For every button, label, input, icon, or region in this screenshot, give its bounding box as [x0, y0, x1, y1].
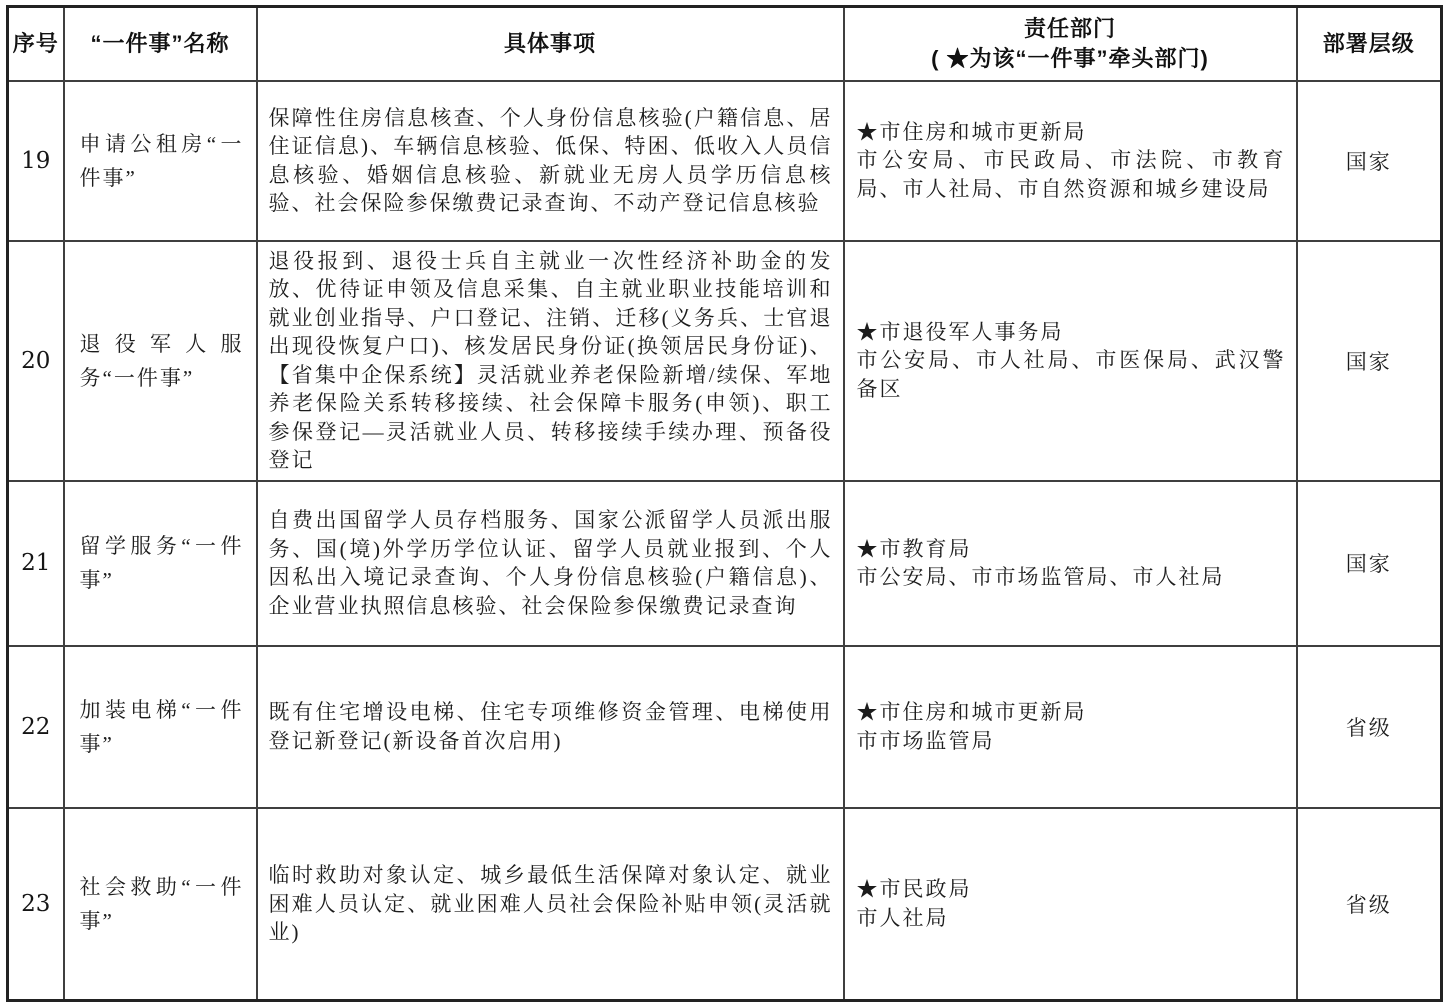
table-row: 19 申请公租房“一件事” 保障性住房信息核查、个人身份信息核验(户籍信息、居住… — [8, 81, 1442, 241]
lead-dept-line: ★市住房和城市更新局 — [857, 118, 1286, 147]
specific-items-text: 保障性住房信息核查、个人身份信息核验(户籍信息、居住证信息)、车辆信息核验、低保… — [269, 104, 833, 218]
item-name-text: 退役军人服务“一件事” — [80, 327, 244, 395]
specific-items-cell: 既有住宅增设电梯、住宅专项维修资金管理、电梯使用登记新登记(新设备首次启用) — [257, 646, 844, 808]
specific-items-text: 临时救助对象认定、城乡最低生活保障对象认定、就业困难人员认定、就业困难人员社会保… — [269, 861, 833, 947]
item-name-cell: 留学服务“一件事” — [64, 481, 257, 646]
other-depts-line: 市市场监管局 — [857, 727, 1286, 756]
serial-number-cell: 22 — [8, 646, 64, 808]
lead-dept-line: ★市教育局 — [857, 535, 1286, 564]
lead-dept-line: ★市退役军人事务局 — [857, 318, 1286, 347]
document-page: 序号 “一件事”名称 具体事项 责任部门 ( ★为该“一件事”牵头部门) 部署层… — [0, 0, 1446, 1005]
item-name-cell: 申请公租房“一件事” — [64, 81, 257, 241]
col-header-dept-note: ( ★为该“一件事”牵头部门) — [846, 44, 1295, 74]
col-header-level: 部署层级 — [1297, 7, 1442, 81]
serial-number-cell: 23 — [8, 808, 64, 1001]
col-header-dept-title: 责任部门 — [846, 14, 1295, 44]
specific-items-text: 自费出国留学人员存档服务、国家公派留学人员派出服务、国(境)外学历学位认证、留学… — [269, 506, 833, 620]
item-name-cell: 社会救助“一件事” — [64, 808, 257, 1001]
deploy-level-cell: 省级 — [1297, 646, 1442, 808]
item-name-text: 社会救助“一件事” — [80, 870, 244, 938]
deploy-level-cell: 国家 — [1297, 81, 1442, 241]
responsible-dept-cell: ★市退役军人事务局 市公安局、市人社局、市医保局、武汉警备区 — [844, 241, 1297, 481]
serial-number-cell: 19 — [8, 81, 64, 241]
other-depts-line: 市人社局 — [857, 904, 1286, 933]
specific-items-cell: 自费出国留学人员存档服务、国家公派留学人员派出服务、国(境)外学历学位认证、留学… — [257, 481, 844, 646]
item-name-text: 申请公租房“一件事” — [80, 127, 244, 195]
col-header-dept: 责任部门 ( ★为该“一件事”牵头部门) — [844, 7, 1297, 81]
specific-items-text: 既有住宅增设电梯、住宅专项维修资金管理、电梯使用登记新登记(新设备首次启用) — [269, 698, 833, 755]
col-header-serial: 序号 — [8, 7, 64, 81]
serial-number-cell: 20 — [8, 241, 64, 481]
responsible-dept-cell: ★市民政局 市人社局 — [844, 808, 1297, 1001]
responsible-dept-cell: ★市教育局 市公安局、市市场监管局、市人社局 — [844, 481, 1297, 646]
table-row: 22 加装电梯“一件事” 既有住宅增设电梯、住宅专项维修资金管理、电梯使用登记新… — [8, 646, 1442, 808]
col-header-items: 具体事项 — [257, 7, 844, 81]
one-thing-services-table: 序号 “一件事”名称 具体事项 责任部门 ( ★为该“一件事”牵头部门) 部署层… — [6, 5, 1443, 1002]
specific-items-cell: 临时救助对象认定、城乡最低生活保障对象认定、就业困难人员认定、就业困难人员社会保… — [257, 808, 844, 1001]
table-row: 23 社会救助“一件事” 临时救助对象认定、城乡最低生活保障对象认定、就业困难人… — [8, 808, 1442, 1001]
table-row: 20 退役军人服务“一件事” 退役报到、退役士兵自主就业一次性经济补助金的发放、… — [8, 241, 1442, 481]
item-name-cell: 退役军人服务“一件事” — [64, 241, 257, 481]
lead-dept-line: ★市民政局 — [857, 875, 1286, 904]
other-depts-line: 市公安局、市市场监管局、市人社局 — [857, 563, 1286, 592]
other-depts-line: 市公安局、市民政局、市法院、市教育局、市人社局、市自然资源和城乡建设局 — [857, 146, 1286, 203]
header-row: 序号 “一件事”名称 具体事项 责任部门 ( ★为该“一件事”牵头部门) 部署层… — [8, 7, 1442, 81]
specific-items-text: 退役报到、退役士兵自主就业一次性经济补助金的发放、优待证申领及信息采集、自主就业… — [269, 247, 833, 475]
specific-items-cell: 保障性住房信息核查、个人身份信息核验(户籍信息、居住证信息)、车辆信息核验、低保… — [257, 81, 844, 241]
col-header-name: “一件事”名称 — [64, 7, 257, 81]
serial-number-cell: 21 — [8, 481, 64, 646]
item-name-cell: 加装电梯“一件事” — [64, 646, 257, 808]
deploy-level-cell: 国家 — [1297, 481, 1442, 646]
responsible-dept-cell: ★市住房和城市更新局 市公安局、市民政局、市法院、市教育局、市人社局、市自然资源… — [844, 81, 1297, 241]
lead-dept-line: ★市住房和城市更新局 — [857, 698, 1286, 727]
responsible-dept-cell: ★市住房和城市更新局 市市场监管局 — [844, 646, 1297, 808]
deploy-level-cell: 省级 — [1297, 808, 1442, 1001]
deploy-level-cell: 国家 — [1297, 241, 1442, 481]
item-name-text: 留学服务“一件事” — [80, 529, 244, 597]
other-depts-line: 市公安局、市人社局、市医保局、武汉警备区 — [857, 346, 1286, 403]
specific-items-cell: 退役报到、退役士兵自主就业一次性经济补助金的发放、优待证申领及信息采集、自主就业… — [257, 241, 844, 481]
table-row: 21 留学服务“一件事” 自费出国留学人员存档服务、国家公派留学人员派出服务、国… — [8, 481, 1442, 646]
item-name-text: 加装电梯“一件事” — [80, 693, 244, 761]
